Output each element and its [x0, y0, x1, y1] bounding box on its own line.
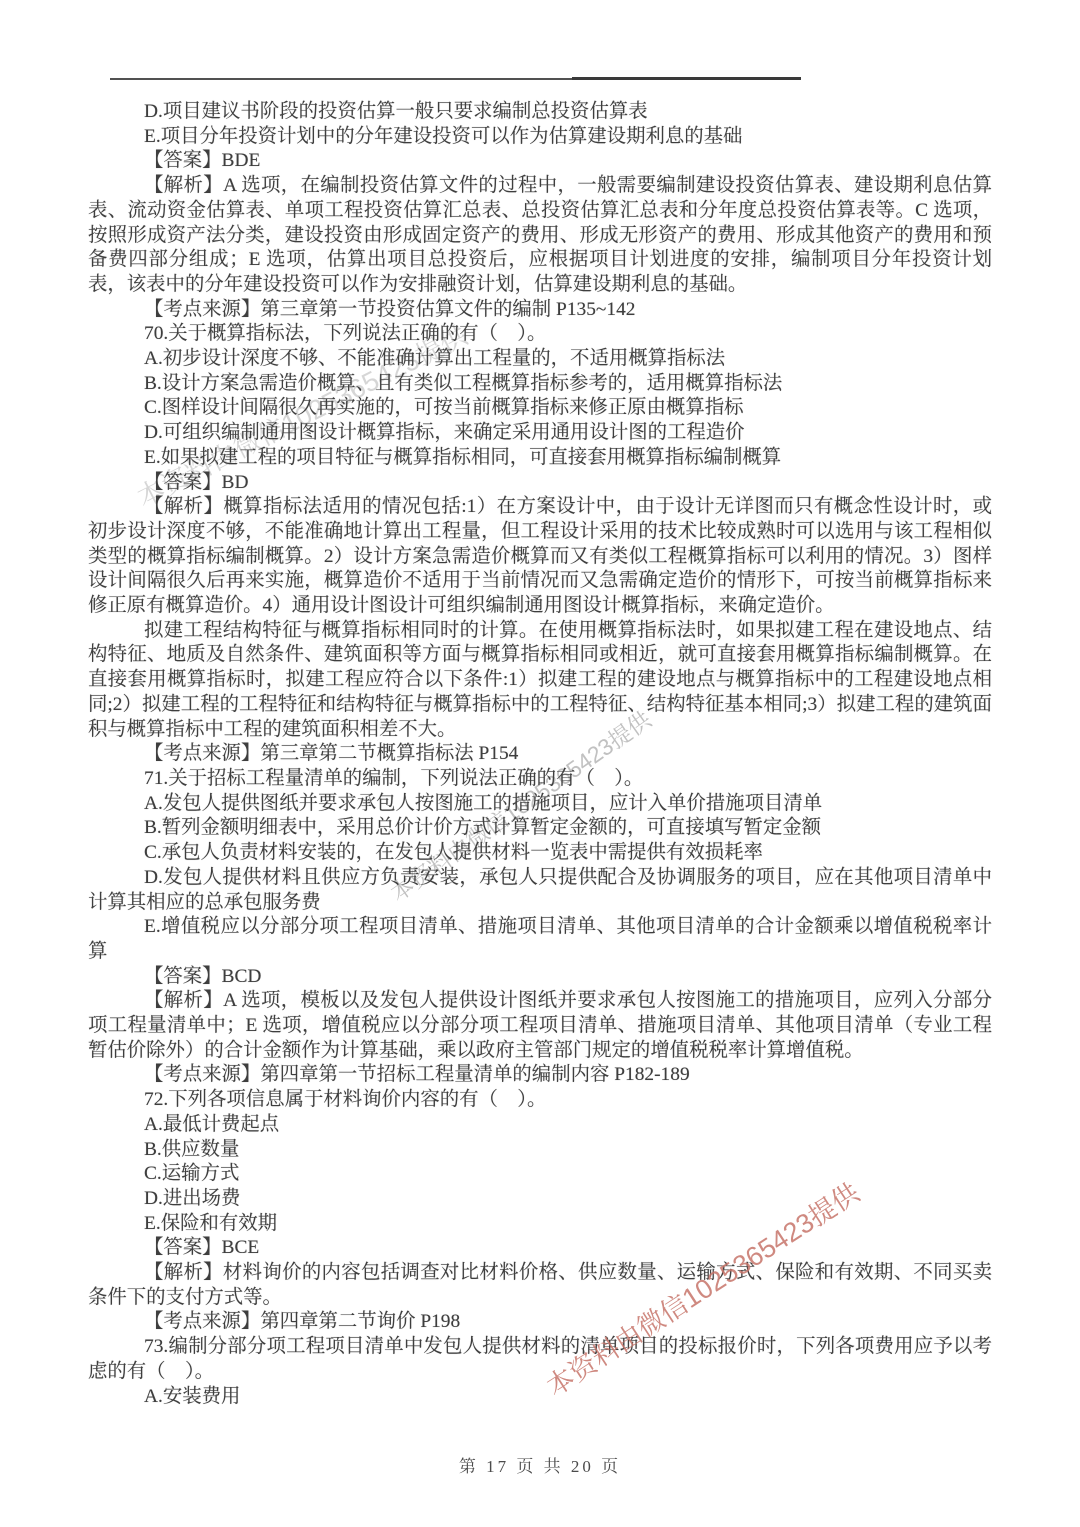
q70-analysis-2: 拟建工程结构特征与概算指标相同时的计算。在使用概算指标法时，如果拟建工程在建设地… [88, 619, 992, 743]
q70-option-a: A.初步设计深度不够、不能准确计算出工程量的，不适用概算指标法 [88, 347, 992, 372]
q71-option-b: B.暂列金额明细表中，采用总价计价方式计算暂定金额的，可直接填写暂定金额 [88, 816, 992, 841]
q73-question: 73.编制分部分项工程项目清单中发包人提供材料的清单项目的投标报价时，下列各项费… [88, 1335, 992, 1384]
q72-option-b: B.供应数量 [88, 1138, 992, 1163]
q70-source: 【考点来源】第三章第二节概算指标法 P154 [88, 742, 992, 767]
q73-option-a: A.安装费用 [88, 1385, 992, 1410]
q72-option-a: A.最低计费起点 [88, 1113, 992, 1138]
header-rule-right [572, 77, 801, 80]
q71-option-c: C.承包人负责材料安装的，在发包人提供材料一览表中需提供有效损耗率 [88, 841, 992, 866]
q69-answer: 【答案】BDE [88, 149, 992, 174]
q70-option-c: C.图样设计间隔很久再实施的，可按当前概算指标来修正原由概算指标 [88, 396, 992, 421]
header-rule-left [110, 78, 574, 80]
q72-analysis: 【解析】材料询价的内容包括调查对比材料价格、供应数量、运输方式、保险和有效期、不… [88, 1261, 992, 1310]
q70-answer: 【答案】BD [88, 471, 992, 496]
document-body: D.项目建议书阶段的投资估算一般只要求编制总投资估算表E.项目分年投资计划中的分… [88, 100, 992, 1409]
q72-answer: 【答案】BCE [88, 1236, 992, 1261]
q72-option-c: C.运输方式 [88, 1162, 992, 1187]
q70-question: 70.关于概算指标法，下列说法正确的有（ ）。 [88, 322, 992, 347]
q69-option-d: D.项目建议书阶段的投资估算一般只要求编制总投资估算表 [88, 100, 992, 125]
q72-option-d: D.进出场费 [88, 1187, 992, 1212]
q70-option-e: E.如果拟建工程的项目特征与概算指标相同，可直接套用概算指标编制概算 [88, 446, 992, 471]
q71-option-e: E.增值税应以分部分项工程项目清单、措施项目清单、其他项目清单的合计金额乘以增值… [88, 915, 992, 964]
q71-question: 71.关于招标工程量清单的编制，下列说法正确的有（ ）。 [88, 767, 992, 792]
q71-option-a: A.发包人提供图纸并要求承包人按图施工的措施项目，应计入单价措施项目清单 [88, 792, 992, 817]
q71-source: 【考点来源】第四章第一节招标工程量清单的编制内容 P182-189 [88, 1063, 992, 1088]
q71-option-d: D.发包人提供材料且供应方负责安装，承包人只提供配合及协调服务的项目，应在其他项… [88, 866, 992, 915]
q71-answer: 【答案】BCD [88, 965, 992, 990]
q72-question: 72.下列各项信息属于材料询价内容的有（ ）。 [88, 1088, 992, 1113]
q69-analysis: 【解析】A 选项，在编制投资估算文件的过程中，一般需要编制建设投资估算表、建设期… [88, 174, 992, 298]
q69-source: 【考点来源】第三章第一节投资估算文件的编制 P135~142 [88, 298, 992, 323]
q69-option-e: E.项目分年投资计划中的分年建设投资可以作为估算建设期利息的基础 [88, 125, 992, 150]
q70-option-d: D.可组织编制通用图设计概算指标，来确定采用通用设计图的工程造价 [88, 421, 992, 446]
q70-option-b: B.设计方案急需造价概算、且有类似工程概算指标参考的，适用概算指标法 [88, 372, 992, 397]
page-number: 第 17 页 共 20 页 [0, 1452, 1080, 1477]
q72-option-e: E.保险和有效期 [88, 1212, 992, 1237]
q72-source: 【考点来源】第四章第二节询价 P198 [88, 1310, 992, 1335]
q70-analysis-1: 【解析】概算指标法适用的情况包括:1）在方案设计中，由于设计无详图而只有概念性设… [88, 495, 992, 619]
document-page: 本资料由微信1025365423提供 本资料由微信1025365423提供 D.… [0, 0, 1080, 1527]
q71-analysis: 【解析】A 选项，模板以及发包人提供设计图纸并要求承包人按图施工的措施项目，应列… [88, 989, 992, 1063]
